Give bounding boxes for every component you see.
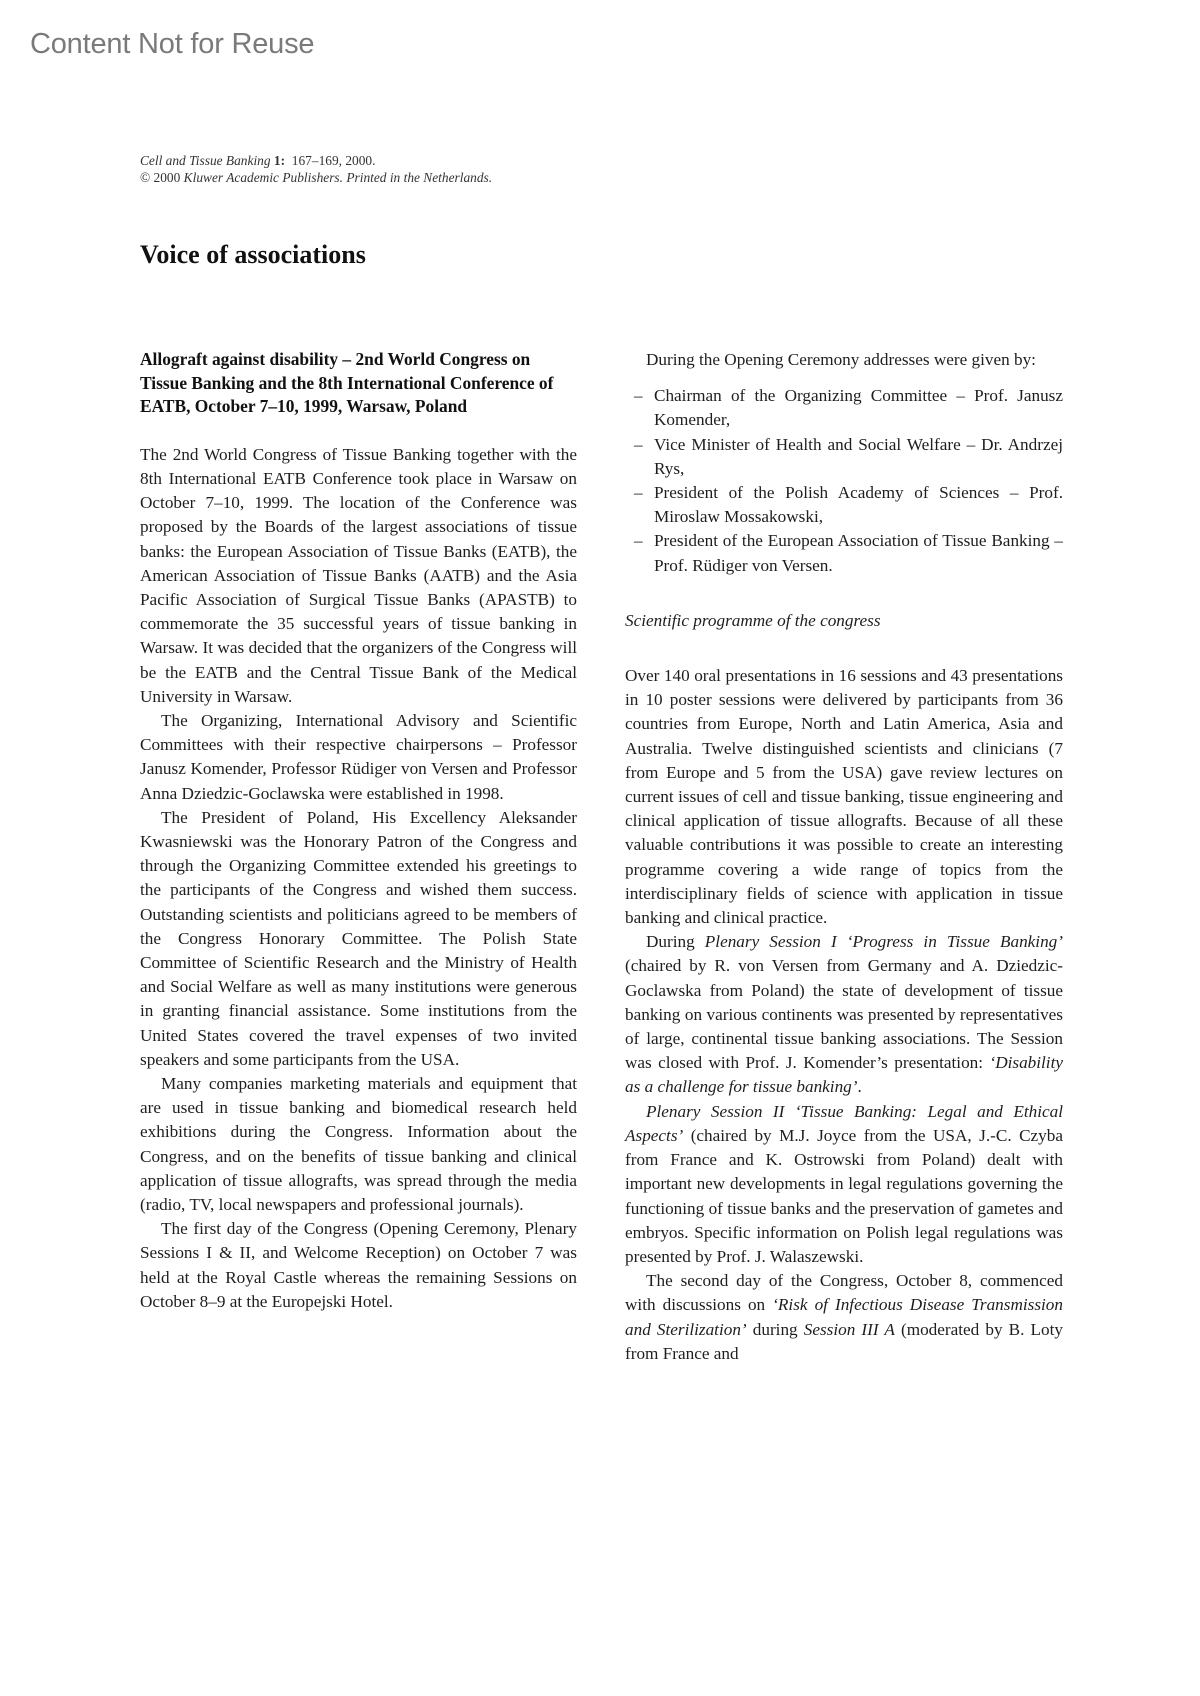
journal-citation-line: Cell and Tissue Banking 1: 167–169, 2000… [140, 152, 492, 169]
list-item: –Vice Minister of Health and Social Welf… [625, 433, 1063, 481]
text-span: During [646, 932, 705, 951]
dash-bullet-icon: – [634, 481, 643, 505]
paragraph-second-day: The second day of the Congress, October … [625, 1269, 1063, 1366]
list-item-text: President of the Polish Academy of Scien… [654, 483, 1063, 526]
copyright-line: © 2000 Kluwer Academic Publishers. Print… [140, 169, 492, 186]
dash-bullet-icon: – [634, 384, 643, 408]
dash-bullet-icon: – [634, 529, 643, 553]
text-span: . [857, 1077, 861, 1096]
dash-bullet-icon: – [634, 433, 643, 457]
journal-pages-year: 167–169, 2000. [292, 153, 376, 168]
list-item: –President of the Polish Academy of Scie… [625, 481, 1063, 529]
list-item: –Chairman of the Organizing Committee – … [625, 384, 1063, 432]
paragraph: The 2nd World Congress of Tissue Banking… [140, 443, 577, 709]
journal-volume: 1: [274, 153, 285, 168]
paragraph: The first day of the Congress (Opening C… [140, 1217, 577, 1314]
paragraph: The President of Poland, His Excellency … [140, 806, 577, 1072]
right-column: During the Opening Ceremony addresses we… [625, 348, 1063, 1366]
copyright-year: © 2000 [140, 170, 180, 185]
journal-citation: Cell and Tissue Banking 1: 167–169, 2000… [140, 152, 492, 186]
session-name: Session III A [804, 1320, 895, 1339]
paragraph-plenary-2: Plenary Session II ‘Tissue Banking: Lega… [625, 1100, 1063, 1269]
list-item-text: Chairman of the Organizing Committee – P… [654, 386, 1063, 429]
list-item: –President of the European Association o… [625, 529, 1063, 577]
list-item-text: Vice Minister of Health and Social Welfa… [654, 435, 1063, 478]
paragraph: Many companies marketing materials and e… [140, 1072, 577, 1217]
list-item-text: President of the European Association of… [654, 531, 1063, 574]
text-span: during [747, 1320, 804, 1339]
paragraph: Over 140 oral presentations in 16 sessio… [625, 664, 1063, 930]
text-span: (chaired by M.J. Joyce from the USA, J.-… [625, 1126, 1063, 1266]
opening-ceremony-intro: During the Opening Ceremony addresses we… [625, 348, 1063, 372]
paragraph-plenary-1: During Plenary Session I ‘Progress in Ti… [625, 930, 1063, 1099]
watermark: Content Not for Reuse [30, 28, 314, 61]
subheading-scientific-programme: Scientific programme of the congress [625, 609, 1063, 633]
publisher: Kluwer Academic Publishers. Printed in t… [184, 170, 492, 185]
addresses-list: –Chairman of the Organizing Committee – … [625, 384, 1063, 578]
paragraph: The Organizing, International Advisory a… [140, 709, 577, 806]
article-title: Allograft against disability – 2nd World… [140, 348, 577, 419]
section-title: Voice of associations [140, 240, 366, 270]
session-name: Plenary Session I ‘Progress in Tissue Ba… [705, 932, 1063, 951]
left-column: Allograft against disability – 2nd World… [140, 348, 577, 1314]
journal-name: Cell and Tissue Banking [140, 153, 271, 168]
